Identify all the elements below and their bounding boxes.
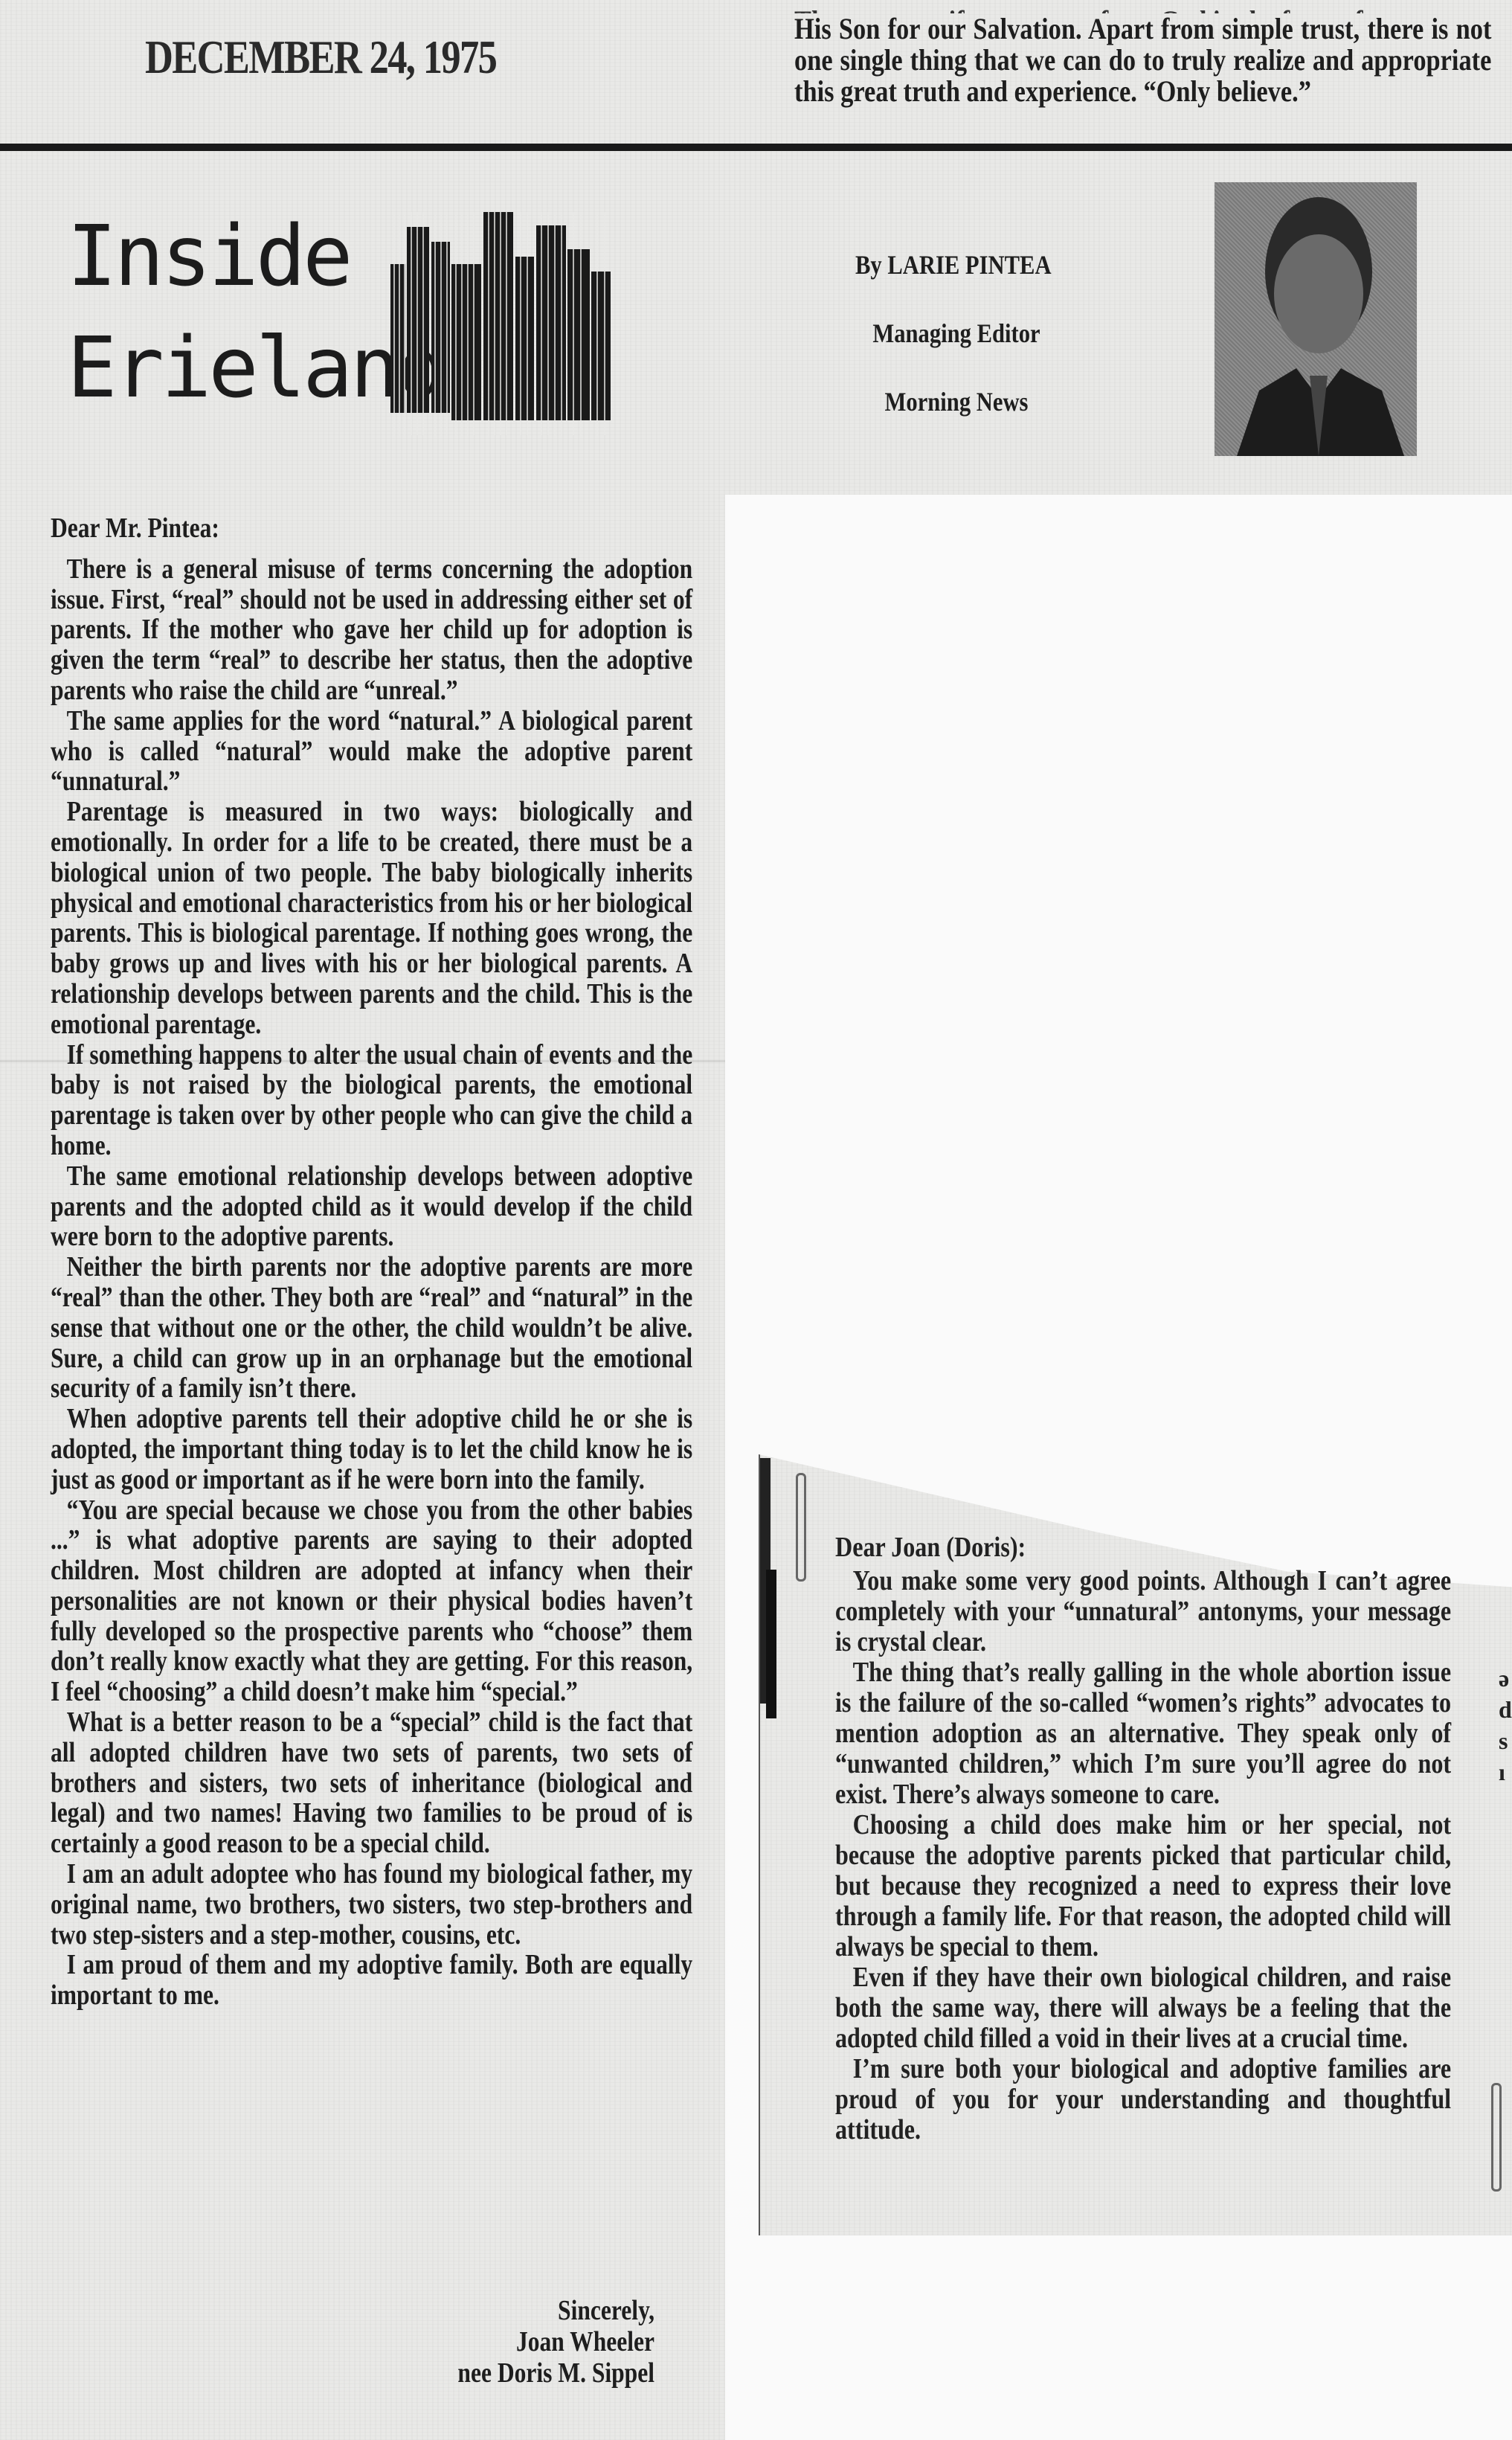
letter-paragraph: There is a general misuse of terms conce… — [51, 554, 692, 706]
staple-icon — [796, 1473, 806, 1582]
letter-signature-note: nee Doris M. Sippel — [408, 2357, 654, 2389]
letter-signoff: Sincerely, Joan Wheeler nee Doris M. Sip… — [408, 2295, 654, 2389]
letter-paragraph: The same emotional relationship develops… — [51, 1161, 692, 1252]
column-title-line1: Inside — [67, 201, 444, 312]
reply-paragraph: Even if they have their own biological c… — [835, 1962, 1451, 2054]
letter-closing: Sincerely, — [408, 2295, 654, 2326]
letter-paragraph: When adoptive parents tell their adoptiv… — [51, 1404, 692, 1494]
staple-icon — [1491, 2083, 1502, 2192]
previous-article-fragment: The greatest gift ever, came from God in… — [794, 6, 1491, 107]
city-skyline-illustration — [390, 212, 695, 435]
editor-reply: Dear Joan (Doris): You make some very go… — [835, 1532, 1451, 2145]
letter-paragraph: What is a better reason to be a “special… — [51, 1707, 692, 1859]
byline-block: By LARIE PINTEA Managing Editor Morning … — [855, 249, 1058, 455]
letter-paragraph: Parentage is measured in two ways: biolo… — [51, 797, 692, 1039]
adjacent-column-fragments: ə d s ı — [1499, 1663, 1512, 1788]
clipping-edge-mark — [766, 1570, 776, 1718]
reply-salutation: Dear Joan (Doris): — [835, 1532, 1451, 1563]
letter-paragraph: If something happens to alter the usual … — [51, 1040, 692, 1161]
column-title: Inside Erieland — [67, 201, 444, 424]
letter-paragraph: Neither the birth parents nor the adopti… — [51, 1252, 692, 1404]
byline-author: By LARIE PINTEA — [855, 249, 1058, 280]
fragment-glyph: s — [1499, 1725, 1512, 1756]
reply-paragraph: I’m sure both your biological and adopti… — [835, 2054, 1451, 2145]
letter-paragraph: I am an adult adoptee who has found my b… — [51, 1859, 692, 1950]
portrait-silhouette-icon — [1215, 182, 1417, 456]
dateline: DECEMBER 24, 1975 — [145, 30, 496, 85]
byline-role: Managing Editor — [855, 318, 1058, 349]
section-rule — [0, 144, 1512, 151]
fragment-glyph: ı — [1499, 1756, 1512, 1788]
letter-salutation: Dear Mr. Pintea: — [51, 513, 692, 544]
reply-paragraph: The thing that’s really galling in the w… — [835, 1657, 1451, 1810]
letter-paragraph: I am proud of them and my adoptive famil… — [51, 1950, 692, 2011]
reply-paragraph: Choosing a child does make him or her sp… — [835, 1810, 1451, 1962]
letter-paragraph: The same applies for the word “natural.”… — [51, 706, 692, 797]
fragment-glyph: d — [1499, 1694, 1512, 1725]
fragment-glyph: ə — [1499, 1663, 1512, 1694]
reader-letter: Dear Mr. Pintea: There is a general misu… — [51, 513, 692, 2011]
reply-paragraph: You make some very good points. Although… — [835, 1566, 1451, 1657]
column-title-line2: Erieland — [67, 312, 444, 424]
author-portrait-photo — [1215, 182, 1417, 456]
letter-paragraph: “You are special because we chose you fr… — [51, 1495, 692, 1708]
letter-signature: Joan Wheeler — [408, 2326, 654, 2357]
previous-article-text: His Son for our Salvation. Apart from si… — [794, 12, 1491, 108]
byline-publication: Morning News — [855, 386, 1058, 417]
